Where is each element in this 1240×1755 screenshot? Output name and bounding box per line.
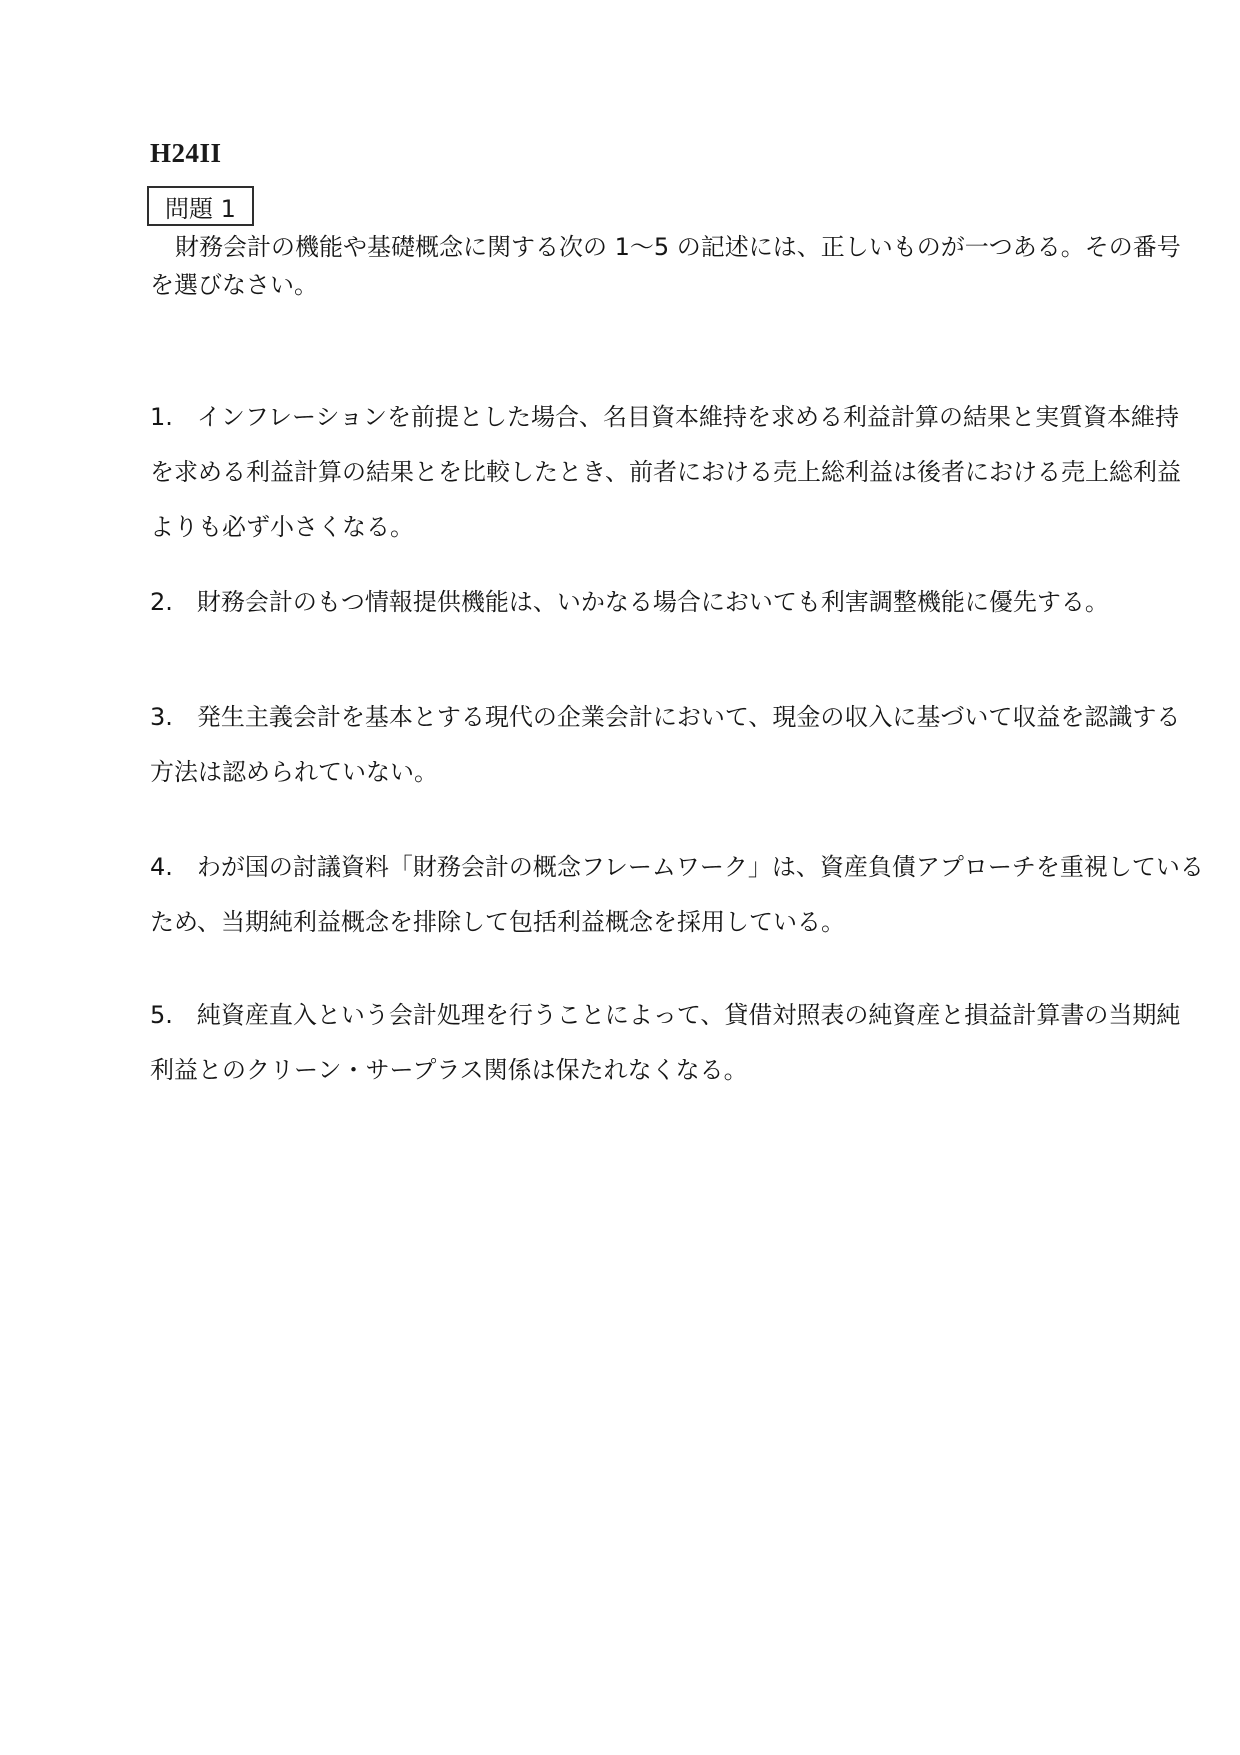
question-intro: 財務会計の機能や基礎概念に関する次の 1〜5 の記述には、正しいものが一つある。… — [150, 228, 1130, 304]
choice-1-line-2: を求める利益計算の結果とを比較したとき、前者における売上総利益は後者における売上… — [150, 445, 1130, 500]
choice-3-line-2: 方法は認められていない。 — [150, 745, 1130, 800]
intro-line-2: を選びなさい。 — [150, 266, 1130, 304]
question-number-box: 問題 1 — [147, 186, 254, 226]
choice-item-2: 2. 財務会計のもつ情報提供機能は、いかなる場合においても利害調整機能に優先する… — [150, 575, 1130, 630]
choice-item-4: 4. わが国の討議資料「財務会計の概念フレームワーク」は、資産負債アプローチを重… — [150, 840, 1130, 950]
intro-line-1: 財務会計の機能や基礎概念に関する次の 1〜5 の記述には、正しいものが一つある。… — [150, 228, 1130, 266]
choice-item-1: 1. インフレーションを前提とした場合、名目資本維持を求める利益計算の結果と実質… — [150, 390, 1130, 555]
question-number-label: 問題 1 — [165, 189, 236, 224]
choice-item-3: 3. 発生主義会計を基本とする現代の企業会計において、現金の収入に基づいて収益を… — [150, 690, 1130, 800]
choice-3-line-1: 3. 発生主義会計を基本とする現代の企業会計において、現金の収入に基づいて収益を… — [150, 690, 1130, 745]
choice-5-line-2: 利益とのクリーン・サープラス関係は保たれなくなる。 — [150, 1043, 1130, 1098]
choice-5-line-1: 5. 純資産直入という会計処理を行うことによって、貸借対照表の純資産と損益計算書… — [150, 988, 1130, 1043]
choice-1-line-1: 1. インフレーションを前提とした場合、名目資本維持を求める利益計算の結果と実質… — [150, 390, 1130, 445]
choice-1-line-3: よりも必ず小さくなる。 — [150, 500, 1130, 555]
exam-code: H24II — [150, 138, 222, 169]
choice-4-line-1: 4. わが国の討議資料「財務会計の概念フレームワーク」は、資産負債アプローチを重… — [150, 840, 1130, 895]
choice-item-5: 5. 純資産直入という会計処理を行うことによって、貸借対照表の純資産と損益計算書… — [150, 988, 1130, 1098]
choice-4-line-2: ため、当期純利益概念を排除して包括利益概念を採用している。 — [150, 895, 1130, 950]
choice-2-line-1: 2. 財務会計のもつ情報提供機能は、いかなる場合においても利害調整機能に優先する… — [150, 575, 1130, 630]
document-page: H24II 問題 1 財務会計の機能や基礎概念に関する次の 1〜5 の記述には、… — [0, 0, 1240, 1755]
